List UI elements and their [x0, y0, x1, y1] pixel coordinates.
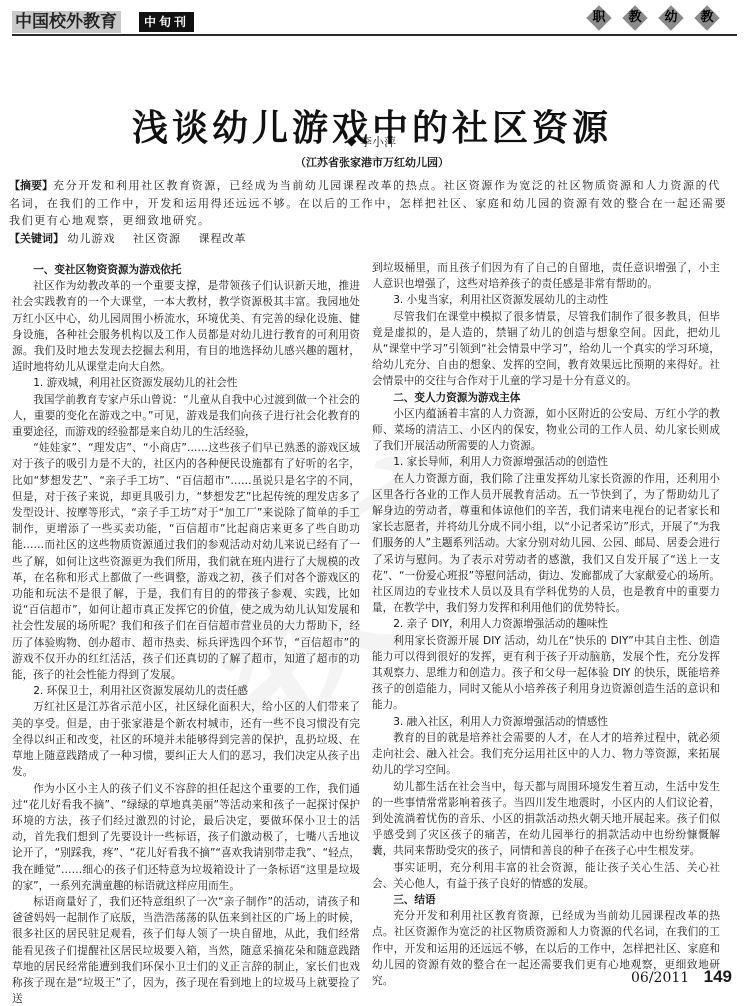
- section-heading: 一、变社区物资资源为游戏依托: [12, 262, 360, 278]
- subsection-heading: 3. 小鬼当家，利用社区资源发展幼儿的主动性: [372, 292, 720, 308]
- page-number: 149: [704, 967, 732, 986]
- body-paragraph: 社区作为幼教改革的一个重要支撑，是带领孩子们认识新天地，推进社会实践教育的一个大…: [12, 278, 360, 375]
- body-paragraph: 事实证明，充分利用丰富的社会资源，能让孩子关心生活、关心社会、关心他人，有益于孩…: [372, 860, 720, 892]
- subsection-heading: 2. 环保卫士，利用社区资源发展幼儿的责任感: [12, 683, 360, 699]
- section-tags: 职 教 幼 教: [587, 6, 719, 30]
- author-name: 李小萍: [360, 135, 396, 149]
- body-paragraph: 在人力资源方面，我们除了注重发挥幼儿家长资源的作用，还利用小区里各行各业的工作人…: [372, 471, 720, 617]
- keyword: 社区资源: [133, 232, 181, 245]
- keywords-label: 【关键词】: [9, 232, 64, 245]
- subsection-heading: 2. 亲子 DIY，利用人力资源增强活动的趣味性: [372, 616, 720, 632]
- section-tag-diamond-icon: 幼: [659, 6, 683, 30]
- body-paragraph: “娃娃家”、“理发店”、“小商店”……这些孩子们早已熟悉的游戏区域对于孩子的吸引…: [12, 440, 360, 683]
- abstract-text: 充分开发和利用社区教育资源，已经成为当前幼儿园课程改革的热点。社区资源作为宽泛的…: [9, 179, 727, 227]
- body-paragraph: 万红社区是江苏省示范小区，社区绿化面积大，给小区的人们带来了美的享受。但是，由于…: [12, 699, 360, 780]
- body-column-right: 到垃圾桶里，而且孩子们因为有了自己的自留地，责任意识增强了，小主人意识也增强了，…: [372, 260, 720, 989]
- body-column-left: 一、变社区物资资源为游戏依托社区作为幼教改革的一个重要支撑，是带领孩子们认识新天…: [12, 262, 360, 1006]
- section-tag-diamond-icon: 教: [623, 6, 647, 30]
- journal-header: 中国校外教育 中旬刊 职 教 幼 教: [12, 10, 737, 34]
- author-affiliation: （江苏省张家港市万红幼儿园）: [0, 155, 744, 171]
- keyword: 幼儿游戏: [68, 232, 116, 245]
- section-heading: 二、变人力资源为游戏主体: [372, 390, 720, 406]
- subsection-heading: 1. 家长导师，利用人力资源增强活动的创造性: [372, 454, 720, 470]
- page-footer: 06/2011 149: [631, 968, 732, 987]
- section-tag-diamond-icon: 职: [587, 6, 611, 30]
- body-paragraph: 尽管我们在课堂中模拟了很多情景，尽管我们制作了很多教具，但毕竟是虚拟的，是人造的…: [372, 309, 720, 390]
- body-paragraph: 到垃圾桶里，而且孩子们因为有了自己的自留地，责任意识增强了，小主人意识也增强了，…: [372, 260, 720, 292]
- body-paragraph: 小区内蕴涵着丰富的人力资源，如小区附近的公安局、万红小学的教师、菜场的清洁工、小…: [372, 406, 720, 455]
- diamond-bullet-icon: [347, 137, 357, 147]
- body-paragraph: 我国学前教育专家卢乐山曾说：“儿童从自我中心过渡到做一个社会的人，重要的变化在游…: [12, 392, 360, 441]
- section-heading: 三、结语: [372, 892, 720, 908]
- section-tag-diamond-icon: 教: [695, 6, 719, 30]
- author-line: 李小萍: [0, 134, 744, 150]
- body-paragraph: 作为小区小主人的孩子们义不容辞的担任起这个重要的工作，我们通过“花儿好看我不摘”…: [12, 781, 360, 894]
- header-divider: [12, 34, 737, 36]
- subsection-heading: 3. 融入社区，利用人力资源增强活动的情感性: [372, 714, 720, 730]
- magazine-edition-badge: 中旬刊: [139, 12, 194, 32]
- subsection-heading: 1. 游戏城，利用社区资源发展幼儿的社会性: [12, 375, 360, 391]
- body-paragraph: 标语商量好了，我们还特意组织了一次“亲子制作”的活动，请孩子和爸爸妈妈一起制作了…: [12, 894, 360, 1006]
- issue-number: 06/2011: [631, 970, 689, 986]
- magazine-name: 中国校外教育: [12, 11, 121, 33]
- body-paragraph: 利用家长资源开展 DIY 活动，幼儿在“快乐的 DIY”中其自主性、创造能力可以…: [372, 633, 720, 714]
- abstract: 【摘要】充分开发和利用社区教育资源，已经成为当前幼儿园课程改革的热点。社区资源作…: [9, 177, 733, 230]
- abstract-label: 【摘要】: [9, 179, 53, 192]
- keywords: 【关键词】 幼儿游戏 社区资源 课程改革: [9, 230, 733, 247]
- keyword: 课程改革: [199, 232, 247, 245]
- body-paragraph: 教育的目的就是培养社会需要的人才，在人才的培养过程中，就必须走向社会、融入社会。…: [372, 730, 720, 779]
- body-paragraph: 幼儿都生活在社会当中，每天都与周围环境发生着互动，生活中发生的一些事情常常影响着…: [372, 779, 720, 860]
